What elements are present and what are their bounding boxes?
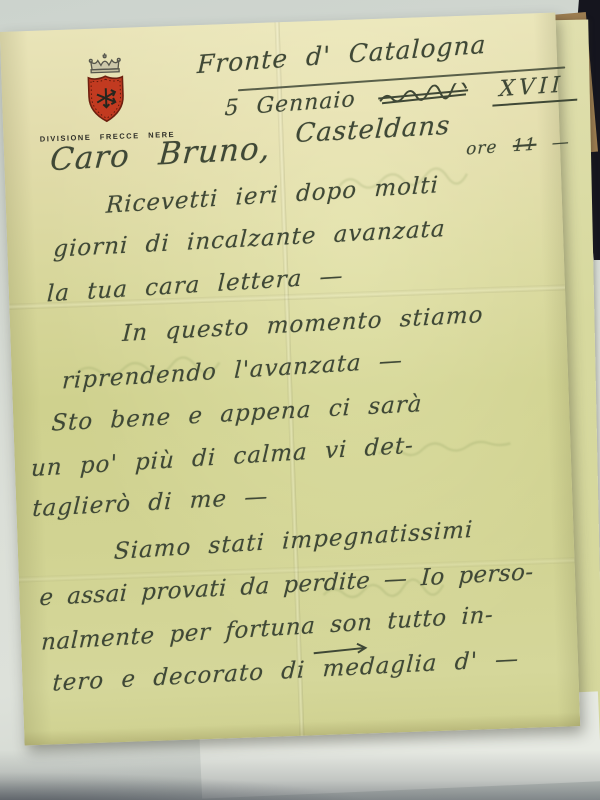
bottom-shadow-band [0,750,600,800]
handwritten-line-12: tero e decorato di medaglia d' — [52,646,520,697]
division-crest-icon [76,51,137,127]
handwritten-line-6: Sto bene e appena ci sarà [51,391,423,437]
handwritten-line-11: nalmente per fortuna son tutto in- [41,602,494,656]
era-year: XVII [493,72,579,107]
scratched-out-word [376,82,472,109]
handwritten-line-2: giorni di incalzante avanzata [53,216,447,263]
handwritten-line-8: taglierò di me — [32,484,269,522]
photo-of-letter: DIVISIONE FRECCE NERE Fronte d' Catalogn… [0,0,600,800]
front-line: Fronte d' Catalogna [197,30,487,79]
handwritten-line-1: Ricevetti ieri dopo molti [105,172,439,218]
letter-sheet: DIVISIONE FRECCE NERE Fronte d' Catalogn… [0,13,580,746]
letterhead: DIVISIONE FRECCE NERE [35,50,178,144]
struck-time: 11 [512,135,536,157]
insertion-arrow [311,641,371,657]
handwritten-line-4: In questo momento stiamo [122,302,484,347]
place-name: Casteldans [294,111,451,149]
time-note: ore 11 — [466,132,570,159]
handwritten-line-7: un po' più di calma vi det- [30,433,414,483]
